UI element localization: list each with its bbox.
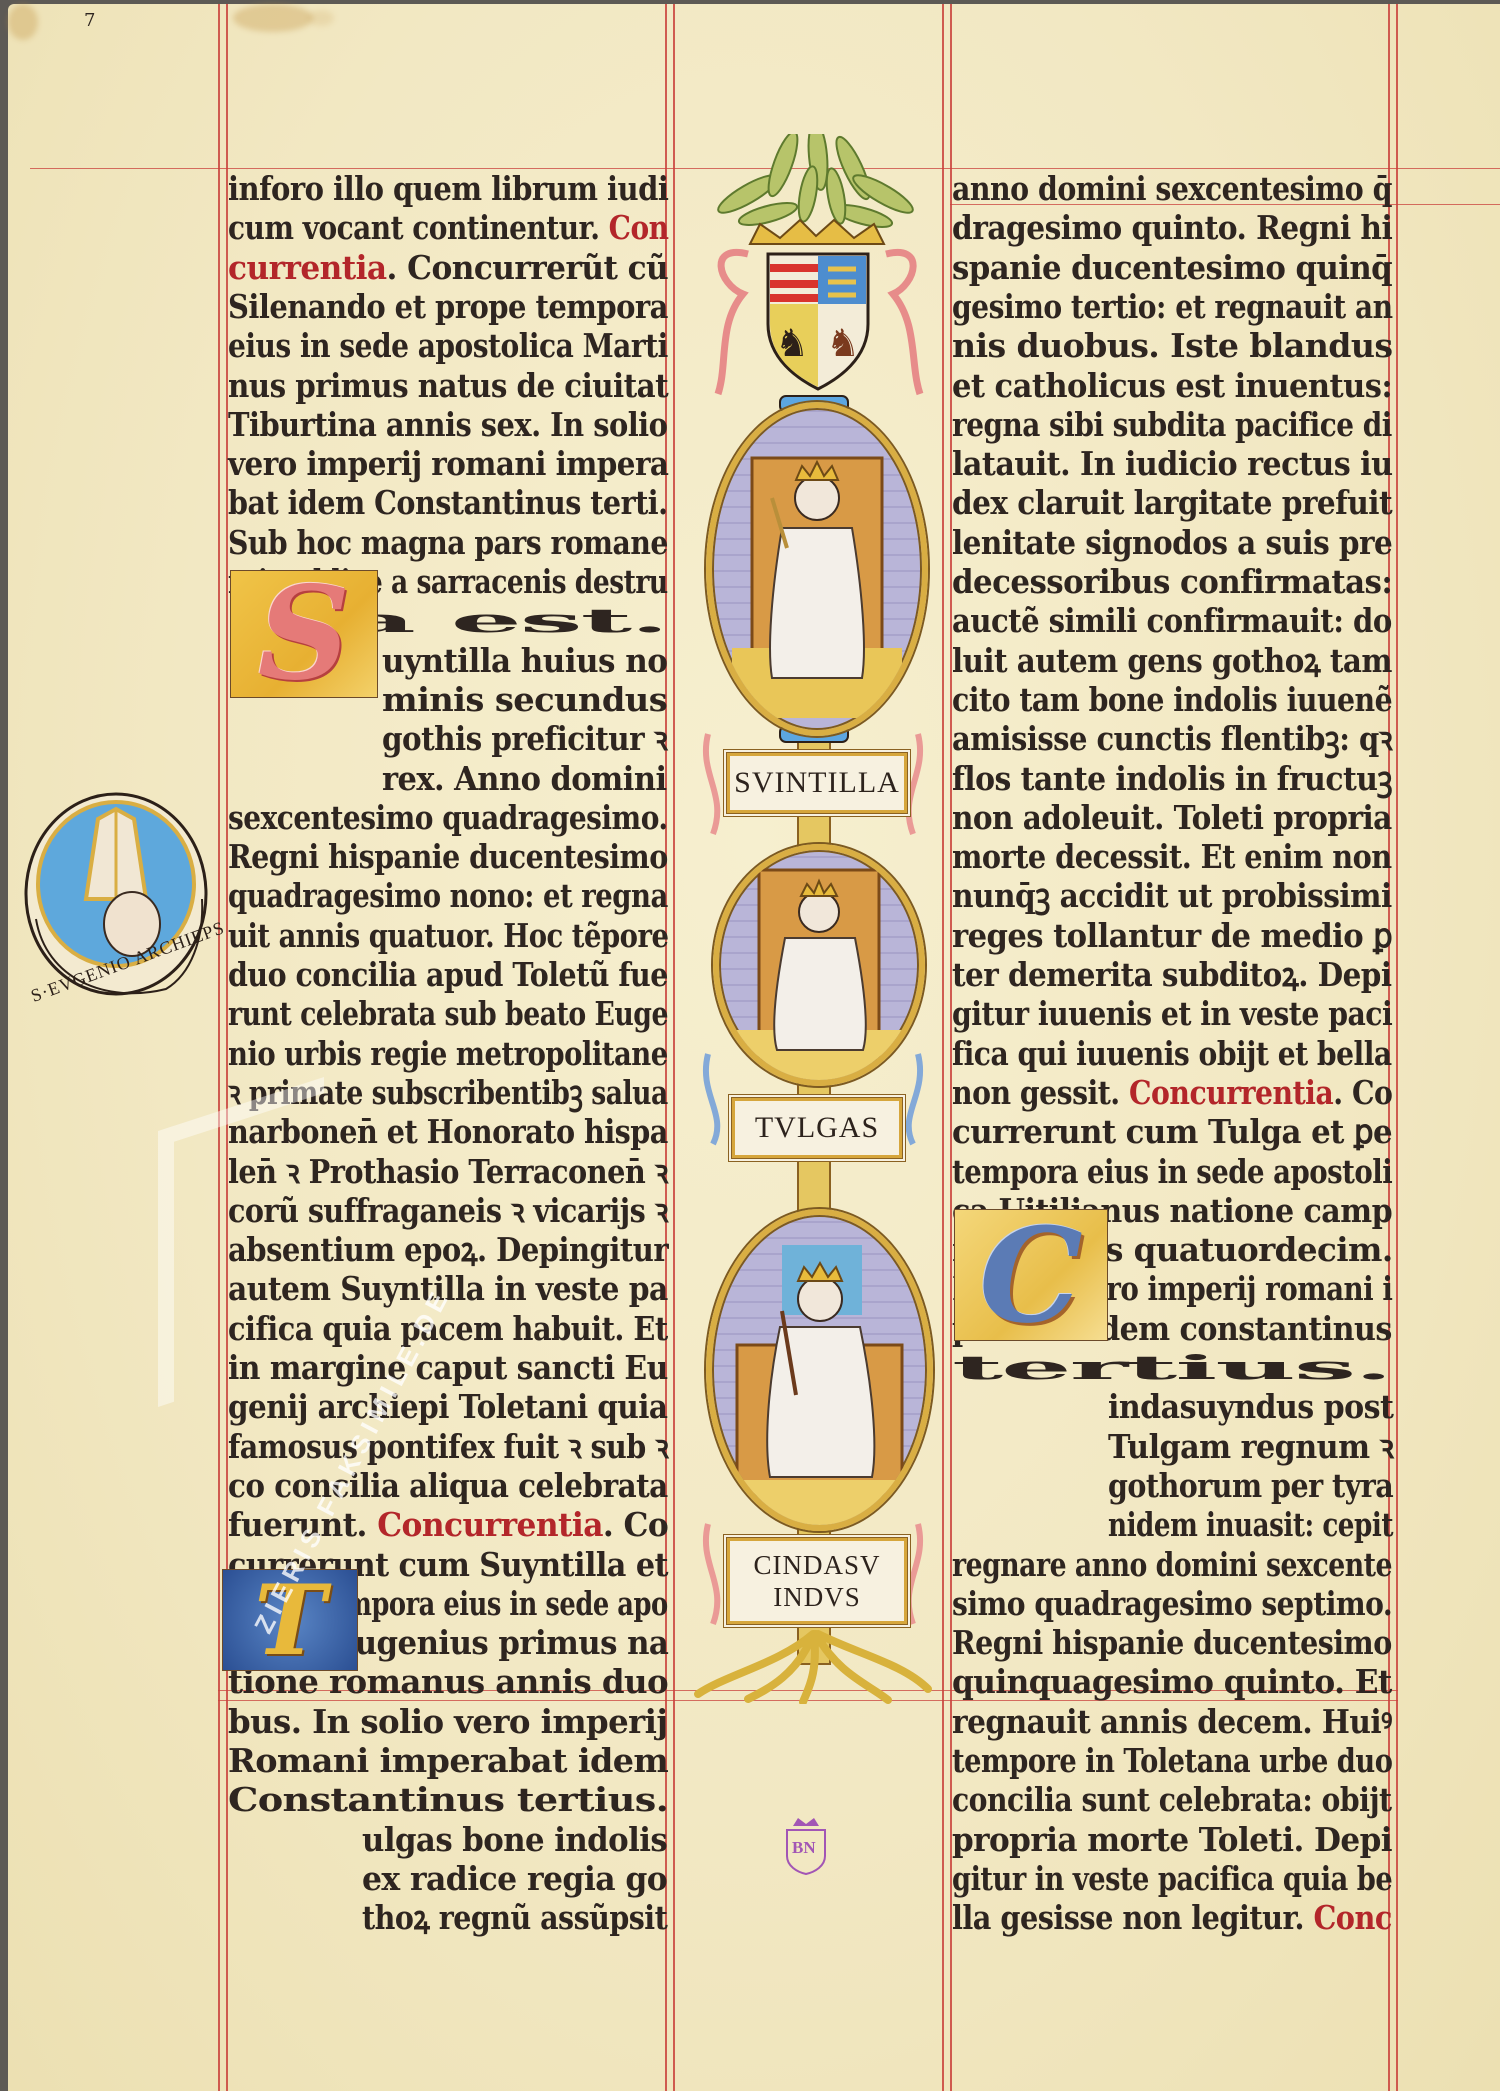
manuscript-line: quinquagesimo quinto. Et bbox=[952, 1663, 1392, 1701]
manuscript-line: nus primus natus de ciuitat bbox=[228, 367, 668, 405]
manuscript-line: duo concilia apud Toletũ fue bbox=[228, 956, 668, 994]
text-segment: thoꝝ regnũ assũpsit bbox=[362, 1898, 667, 1937]
rubric-text: Concurrentia bbox=[367, 1505, 603, 1544]
text-segment: dex claruit largitate prefuit bbox=[952, 483, 1392, 522]
manuscript-line: ulgas bone indolis bbox=[362, 1821, 667, 1859]
text-segment: latauit. In iudicio rectus iu bbox=[952, 444, 1392, 483]
manuscript-line: non adoleuit. Toleti propria bbox=[952, 799, 1392, 837]
ruling-line bbox=[218, 4, 220, 2091]
text-segment: regnauit annis decem. Huiꝰ bbox=[952, 1702, 1392, 1741]
manuscript-line: reges tollantur de medio ꝑ bbox=[952, 917, 1392, 955]
manuscript-line: nunq̄ꝫ accidit ut probissimi bbox=[952, 877, 1392, 915]
text-segment: quinquagesimo quinto. Et bbox=[952, 1662, 1392, 1701]
text-segment: genij archiepi Toletani quia bbox=[228, 1387, 667, 1426]
text-segment: co concilia aliqua celebrata bbox=[228, 1466, 668, 1505]
rubric-text: Con bbox=[599, 208, 668, 247]
text-segment: Regni hispanie ducentesimo bbox=[952, 1623, 1392, 1662]
text-segment: regna sibi subdita pacifice di bbox=[952, 405, 1392, 444]
manuscript-line: indasuyndus post bbox=[1108, 1388, 1393, 1426]
text-segment: concilia sunt celebrata: obijt bbox=[952, 1780, 1392, 1819]
text-segment: eius in sede apostolica Marti bbox=[228, 326, 668, 365]
manuscript-line: Romani imperabat idem bbox=[228, 1742, 668, 1780]
manuscript-line: Constantinus tertius. bbox=[228, 1781, 668, 1819]
manuscript-line: nio urbis regie metropolitane bbox=[228, 1035, 668, 1073]
manuscript-line: tempore in Toletana urbe duo bbox=[952, 1742, 1392, 1780]
text-segment: gesimo tertio: et regnauit an bbox=[952, 287, 1393, 326]
left-text-column: inforo illo quem librum iudicum vocant c… bbox=[222, 4, 672, 2091]
text-segment: duo concilia apud Toletũ fue bbox=[228, 955, 668, 994]
manuscript-line: fica qui iuuenis obijt et bella bbox=[952, 1035, 1392, 1073]
manuscript-line: gitur in veste pacifica quia be bbox=[952, 1860, 1392, 1898]
ruling-line bbox=[1396, 4, 1398, 2091]
text-segment: nidem inuasit: cepit bbox=[1108, 1505, 1393, 1544]
text-segment: Sub hoc magna pars romane bbox=[228, 523, 668, 562]
manuscript-line: dex claruit largitate prefuit bbox=[952, 484, 1392, 522]
text-segment: propria morte Toleti. Depi bbox=[952, 1820, 1392, 1859]
text-segment: ter demerita subditoꝝ. Depi bbox=[952, 955, 1392, 994]
ruling-line bbox=[942, 4, 944, 2091]
manuscript-page: 7 inforo illo quem librum iudicum vocant… bbox=[8, 4, 1500, 2091]
manuscript-line: decessoribus confirmatas: bbox=[952, 563, 1392, 601]
enthroned-king-icon bbox=[712, 408, 922, 730]
manuscript-line: uyntilla huius no bbox=[382, 642, 667, 680]
text-segment: anno domini sexcentesimo q̄ bbox=[952, 169, 1392, 208]
manuscript-line: Silenando et prope tempora bbox=[228, 288, 668, 326]
manuscript-line: famosus pontifex fuit ꝛ sub ꝛ bbox=[228, 1428, 668, 1466]
enthroned-king-icon bbox=[719, 850, 919, 1080]
text-segment: inforo illo quem librum iudi bbox=[228, 169, 668, 208]
text-segment: ex radice regia go bbox=[362, 1859, 667, 1898]
manuscript-line: lenitate signodos a suis pre bbox=[952, 524, 1392, 562]
manuscript-line: simo quadragesimo septimo. bbox=[952, 1585, 1392, 1623]
illuminated-initial-c: C bbox=[954, 1209, 1108, 1341]
text-segment: Tiburtina annis sex. In solio bbox=[228, 405, 667, 444]
manuscript-line: auctẽ simili confirmauit: do bbox=[952, 602, 1392, 640]
text-segment: . Concurrerũt cũ bbox=[387, 248, 669, 287]
manuscript-line: bus. In solio vero imperij bbox=[228, 1703, 667, 1741]
text-segment: Romani imperabat idem bbox=[228, 1741, 668, 1780]
rubric-text: currentia bbox=[228, 248, 387, 287]
text-segment: non adoleuit. Toleti propria bbox=[952, 798, 1392, 837]
text-segment: tempore in Toletana urbe duo bbox=[952, 1741, 1392, 1780]
illuminated-initial-s: S bbox=[230, 570, 378, 698]
watermark-shape bbox=[158, 1077, 324, 1407]
text-segment: dragesimo quinto. Regni hi bbox=[952, 208, 1392, 247]
manuscript-line: inforo illo quem librum iudi bbox=[228, 170, 668, 208]
text-segment: luit autem gens gothoꝝ tam bbox=[952, 641, 1392, 680]
enthroned-king-icon bbox=[712, 1215, 927, 1525]
text-segment: . Co bbox=[603, 1505, 668, 1544]
text-segment: regnare anno domini sexcente bbox=[952, 1545, 1392, 1584]
text-segment: reges tollantur de medio ꝑ bbox=[952, 916, 1392, 955]
manuscript-line: lla gesisse non legitur. Conc bbox=[952, 1899, 1392, 1937]
king-label-suintilla: SVINTILLA bbox=[723, 749, 911, 817]
king-portrait-suintilla bbox=[706, 402, 928, 736]
manuscript-line: concilia sunt celebrata: obijt bbox=[952, 1781, 1392, 1819]
rubric-text: Conc bbox=[1304, 1898, 1392, 1937]
manuscript-line: spanie ducentesimo quinq̄ bbox=[952, 249, 1392, 287]
text-segment: decessoribus confirmatas: bbox=[952, 562, 1392, 601]
text-segment: cum vocant continentur. bbox=[228, 208, 599, 247]
text-segment: vero imperij romani impera bbox=[228, 444, 668, 483]
manuscript-line: et catholicus est inuentus: bbox=[952, 367, 1392, 405]
manuscript-line: Regni hispanie ducentesimo bbox=[952, 1624, 1392, 1662]
text-segment: tertius. bbox=[952, 1348, 1391, 1387]
text-segment: et catholicus est inuentus: bbox=[952, 366, 1392, 405]
text-segment: amisisse cunctis flentibꝫ: qꝛ bbox=[952, 719, 1392, 758]
text-segment: nunq̄ꝫ accidit ut probissimi bbox=[952, 876, 1392, 915]
text-segment: minis secundus bbox=[382, 680, 667, 719]
text-segment: morte decessit. Et enim non bbox=[952, 837, 1392, 876]
text-segment: fica qui iuuenis obijt et bella bbox=[952, 1034, 1392, 1073]
manuscript-line: nidem inuasit: cepit bbox=[1108, 1506, 1393, 1544]
text-segment: tempora eius in sede apostoli bbox=[952, 1152, 1392, 1191]
manuscript-line: Sub hoc magna pars romane bbox=[228, 524, 668, 562]
manuscript-line: morte decessit. Et enim non bbox=[952, 838, 1392, 876]
manuscript-line: regna sibi subdita pacifice di bbox=[952, 406, 1392, 444]
manuscript-line: dragesimo quinto. Regni hi bbox=[952, 209, 1392, 247]
manuscript-line: flos tante indolis in fructuꝫ bbox=[952, 760, 1392, 798]
king-portrait-tulgas bbox=[713, 844, 925, 1086]
text-segment: runt celebrata sub beato Euge bbox=[228, 994, 668, 1033]
text-segment: quadragesimo nono: et regna bbox=[228, 876, 668, 915]
manuscript-line: ter demerita subditoꝝ. Depi bbox=[952, 956, 1392, 994]
manuscript-line: runt celebrata sub beato Euge bbox=[228, 995, 668, 1033]
manuscript-line: thoꝝ regnũ assũpsit bbox=[362, 1899, 667, 1937]
manuscript-line: quadragesimo nono: et regna bbox=[228, 877, 668, 915]
corner-mark: 7 bbox=[84, 10, 95, 31]
manuscript-line: gitur iuuenis et in veste paci bbox=[952, 995, 1392, 1033]
text-segment: ulgas bone indolis bbox=[362, 1820, 667, 1859]
text-segment: gitur iuuenis et in veste paci bbox=[952, 994, 1392, 1033]
manuscript-line: co concilia aliqua celebrata bbox=[228, 1467, 668, 1505]
text-segment: spanie ducentesimo quinq̄ bbox=[952, 248, 1392, 287]
manuscript-line: cum vocant continentur. Con bbox=[228, 209, 668, 247]
manuscript-line: eius in sede apostolica Marti bbox=[228, 327, 668, 365]
text-segment: nis duobus. Iste blandus bbox=[952, 326, 1392, 365]
rubric-text: Concurrentia bbox=[1120, 1073, 1334, 1112]
king-label-tulgas: TVLGAS bbox=[728, 1094, 906, 1162]
svg-text:♞: ♞ bbox=[775, 321, 809, 365]
king-portrait-cindasuindus bbox=[706, 1209, 933, 1531]
text-segment: lenitate signodos a suis pre bbox=[952, 523, 1392, 562]
manuscript-line: uit annis quatuor. Hoc tẽpore bbox=[228, 917, 668, 955]
right-text-column: anno domini sexcentesimo q̄dragesimo qui… bbox=[946, 4, 1396, 2091]
text-segment: Regni hispanie ducentesimo bbox=[228, 837, 668, 876]
text-segment: bus. In solio vero imperij bbox=[228, 1702, 667, 1741]
manuscript-line: luit autem gens gothoꝝ tam bbox=[952, 642, 1392, 680]
manuscript-line: rex. Anno domini bbox=[382, 760, 667, 798]
manuscript-line: gothorum per tyra bbox=[1108, 1467, 1393, 1505]
king-label-cindasuindus: CINDASV INDVS bbox=[723, 1534, 911, 1628]
text-segment: famosus pontifex fuit ꝛ sub ꝛ bbox=[228, 1427, 668, 1466]
manuscript-line: bat idem Constantinus terti. bbox=[228, 484, 668, 522]
text-segment: flos tante indolis in fructuꝫ bbox=[952, 759, 1392, 798]
svg-text:♞: ♞ bbox=[826, 321, 860, 365]
manuscript-line: gesimo tertio: et regnauit an bbox=[952, 288, 1393, 326]
manuscript-line: regnare anno domini sexcente bbox=[952, 1546, 1392, 1584]
manuscript-line: Tiburtina annis sex. In solio bbox=[228, 406, 667, 444]
margin-portrait-eugenius: S·EVGENIO ARCHIEPS bbox=[16, 789, 216, 1004]
text-segment: cito tam bone indolis iuuenẽ bbox=[952, 680, 1392, 719]
text-segment: Constantinus tertius. bbox=[228, 1780, 668, 1819]
text-segment: . Co bbox=[1333, 1073, 1392, 1112]
manuscript-line: currentia. Concurrerũt cũ bbox=[228, 249, 668, 287]
text-segment: sexcentesimo quadragesimo. bbox=[228, 798, 668, 837]
text-segment: uit annis quatuor. Hoc tẽpore bbox=[228, 916, 668, 955]
text-segment: gitur in veste pacifica quia be bbox=[952, 1859, 1392, 1898]
text-segment: rex. Anno domini bbox=[382, 759, 667, 798]
manuscript-line: regnauit annis decem. Huiꝰ bbox=[952, 1703, 1392, 1741]
manuscript-line: vero imperij romani impera bbox=[228, 445, 668, 483]
manuscript-line: amisisse cunctis flentibꝫ: qꝛ bbox=[952, 720, 1392, 758]
manuscript-line: nis duobus. Iste blandus bbox=[952, 327, 1392, 365]
text-segment: nus primus natus de ciuitat bbox=[228, 366, 668, 405]
manuscript-line: tempora eius in sede apostoli bbox=[952, 1153, 1392, 1191]
manuscript-line: cito tam bone indolis iuuenẽ bbox=[952, 681, 1392, 719]
manuscript-line: minis secundus bbox=[382, 681, 667, 719]
text-segment: nio urbis regie metropolitane bbox=[228, 1034, 668, 1073]
manuscript-line: propria morte Toleti. Depi bbox=[952, 1821, 1392, 1859]
ruling-line bbox=[673, 4, 675, 2091]
manuscript-line: Tulgam regnum ꝛ bbox=[1108, 1428, 1393, 1466]
manuscript-line: sexcentesimo quadragesimo. bbox=[228, 799, 668, 837]
manuscript-line: currerunt cum Tulga et ꝑe bbox=[952, 1113, 1392, 1151]
manuscript-line: tertius. bbox=[952, 1349, 1391, 1387]
text-segment: bat idem Constantinus terti. bbox=[228, 483, 668, 522]
manuscript-line: anno domini sexcentesimo q̄ bbox=[952, 170, 1392, 208]
text-segment: uyntilla huius no bbox=[382, 641, 667, 680]
stain bbox=[8, 4, 38, 40]
text-segment: currerunt cum Tulga et ꝑe bbox=[952, 1112, 1392, 1151]
text-segment: non gessit. bbox=[952, 1073, 1120, 1112]
text-segment: Silenando et prope tempora bbox=[228, 287, 668, 326]
text-segment: lla gesisse non legitur. bbox=[952, 1898, 1304, 1937]
manuscript-line: Regni hispanie ducentesimo bbox=[228, 838, 668, 876]
text-segment: auctẽ simili confirmauit: do bbox=[952, 601, 1392, 640]
manuscript-line: genij archiepi Toletani quia bbox=[228, 1388, 667, 1426]
manuscript-line: latauit. In iudicio rectus iu bbox=[952, 445, 1392, 483]
manuscript-line: non gessit. Concurrentia. Co bbox=[952, 1074, 1392, 1112]
text-segment: gothis preficitur ꝛ bbox=[382, 719, 667, 758]
library-stamp: BN bbox=[781, 1816, 831, 1876]
text-segment: indasuyndus post bbox=[1108, 1387, 1393, 1426]
genealogy-tree: ♞ ♞ SVINTILLA bbox=[688, 134, 938, 1704]
text-segment: simo quadragesimo septimo. bbox=[952, 1584, 1392, 1623]
manuscript-line: gothis preficitur ꝛ bbox=[382, 720, 667, 758]
text-segment: gothorum per tyra bbox=[1108, 1466, 1393, 1505]
manuscript-line: ex radice regia go bbox=[362, 1860, 667, 1898]
text-segment: Tulgam regnum ꝛ bbox=[1108, 1427, 1393, 1466]
